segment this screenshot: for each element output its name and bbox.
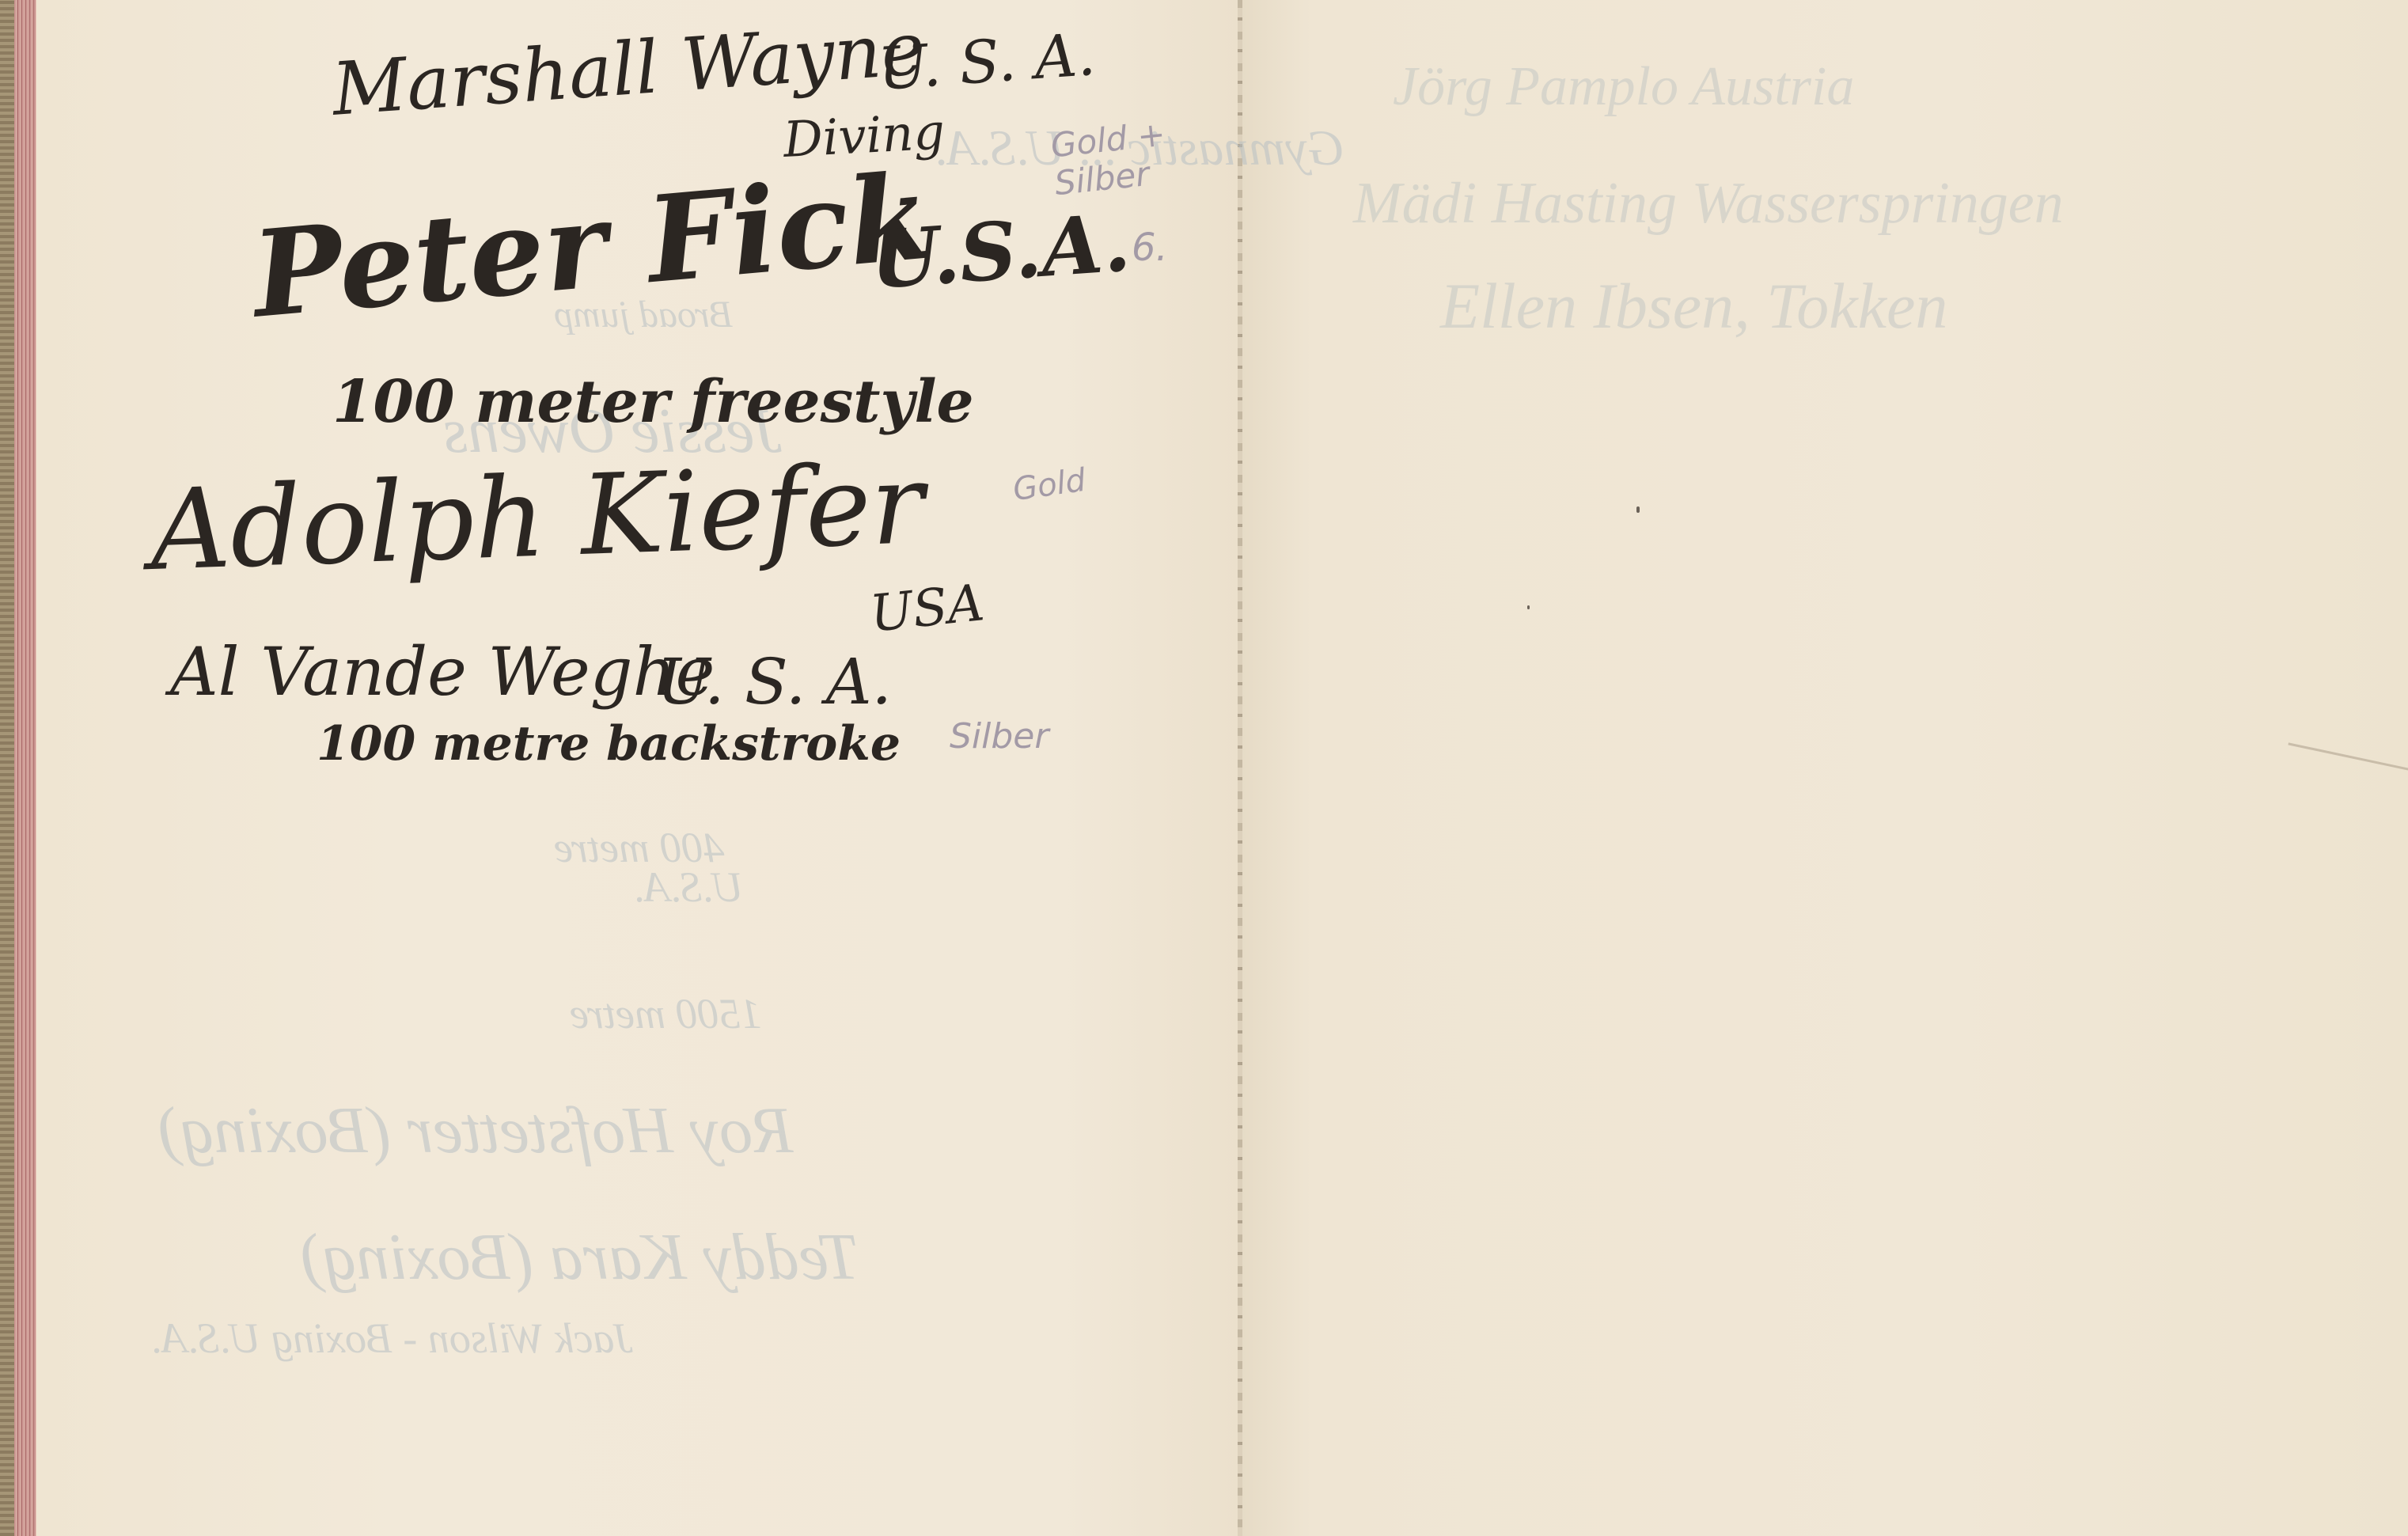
medal-note: Silber	[950, 716, 1049, 757]
faint-entry: Ellen Ibsen, Tokken	[1440, 269, 1947, 343]
signature-name: Al Vande Weghe	[170, 633, 715, 711]
page-edges	[14, 0, 37, 1536]
signature-name: Adolph Kiefer	[148, 440, 926, 596]
signature-event: 100 meter freestyle	[332, 368, 974, 436]
autograph-book-spread: Gymnastic ... U.S.A. Broad jump Jessie O…	[0, 0, 2408, 1536]
paper-speck	[1636, 506, 1640, 513]
show-through-line: Jack Wilson - Boxing U.S.A.	[150, 1314, 633, 1363]
show-through-line: 1500 metre	[570, 989, 761, 1038]
signature-event: 100 metre backstroke	[317, 716, 901, 772]
signature-country: U. S. A.	[657, 645, 892, 719]
show-through-line: U.S.A.	[633, 863, 743, 912]
placement-note: 6.	[1132, 226, 1168, 270]
signature-country: U.S.A.	[867, 195, 1133, 307]
show-through-line: Roy Hofstetter (Boxing)	[158, 1092, 793, 1169]
show-through-line: Teddy Kara (Boxing)	[301, 1219, 859, 1295]
book-gutter	[1238, 0, 1242, 1536]
faint-entry: Mädi Hasting Wasserspringen	[1353, 170, 2064, 237]
faint-entry: Jörg Pamplo Austria	[1393, 55, 1854, 119]
paper-speck	[1527, 605, 1530, 609]
signature-country: USA	[867, 574, 987, 644]
